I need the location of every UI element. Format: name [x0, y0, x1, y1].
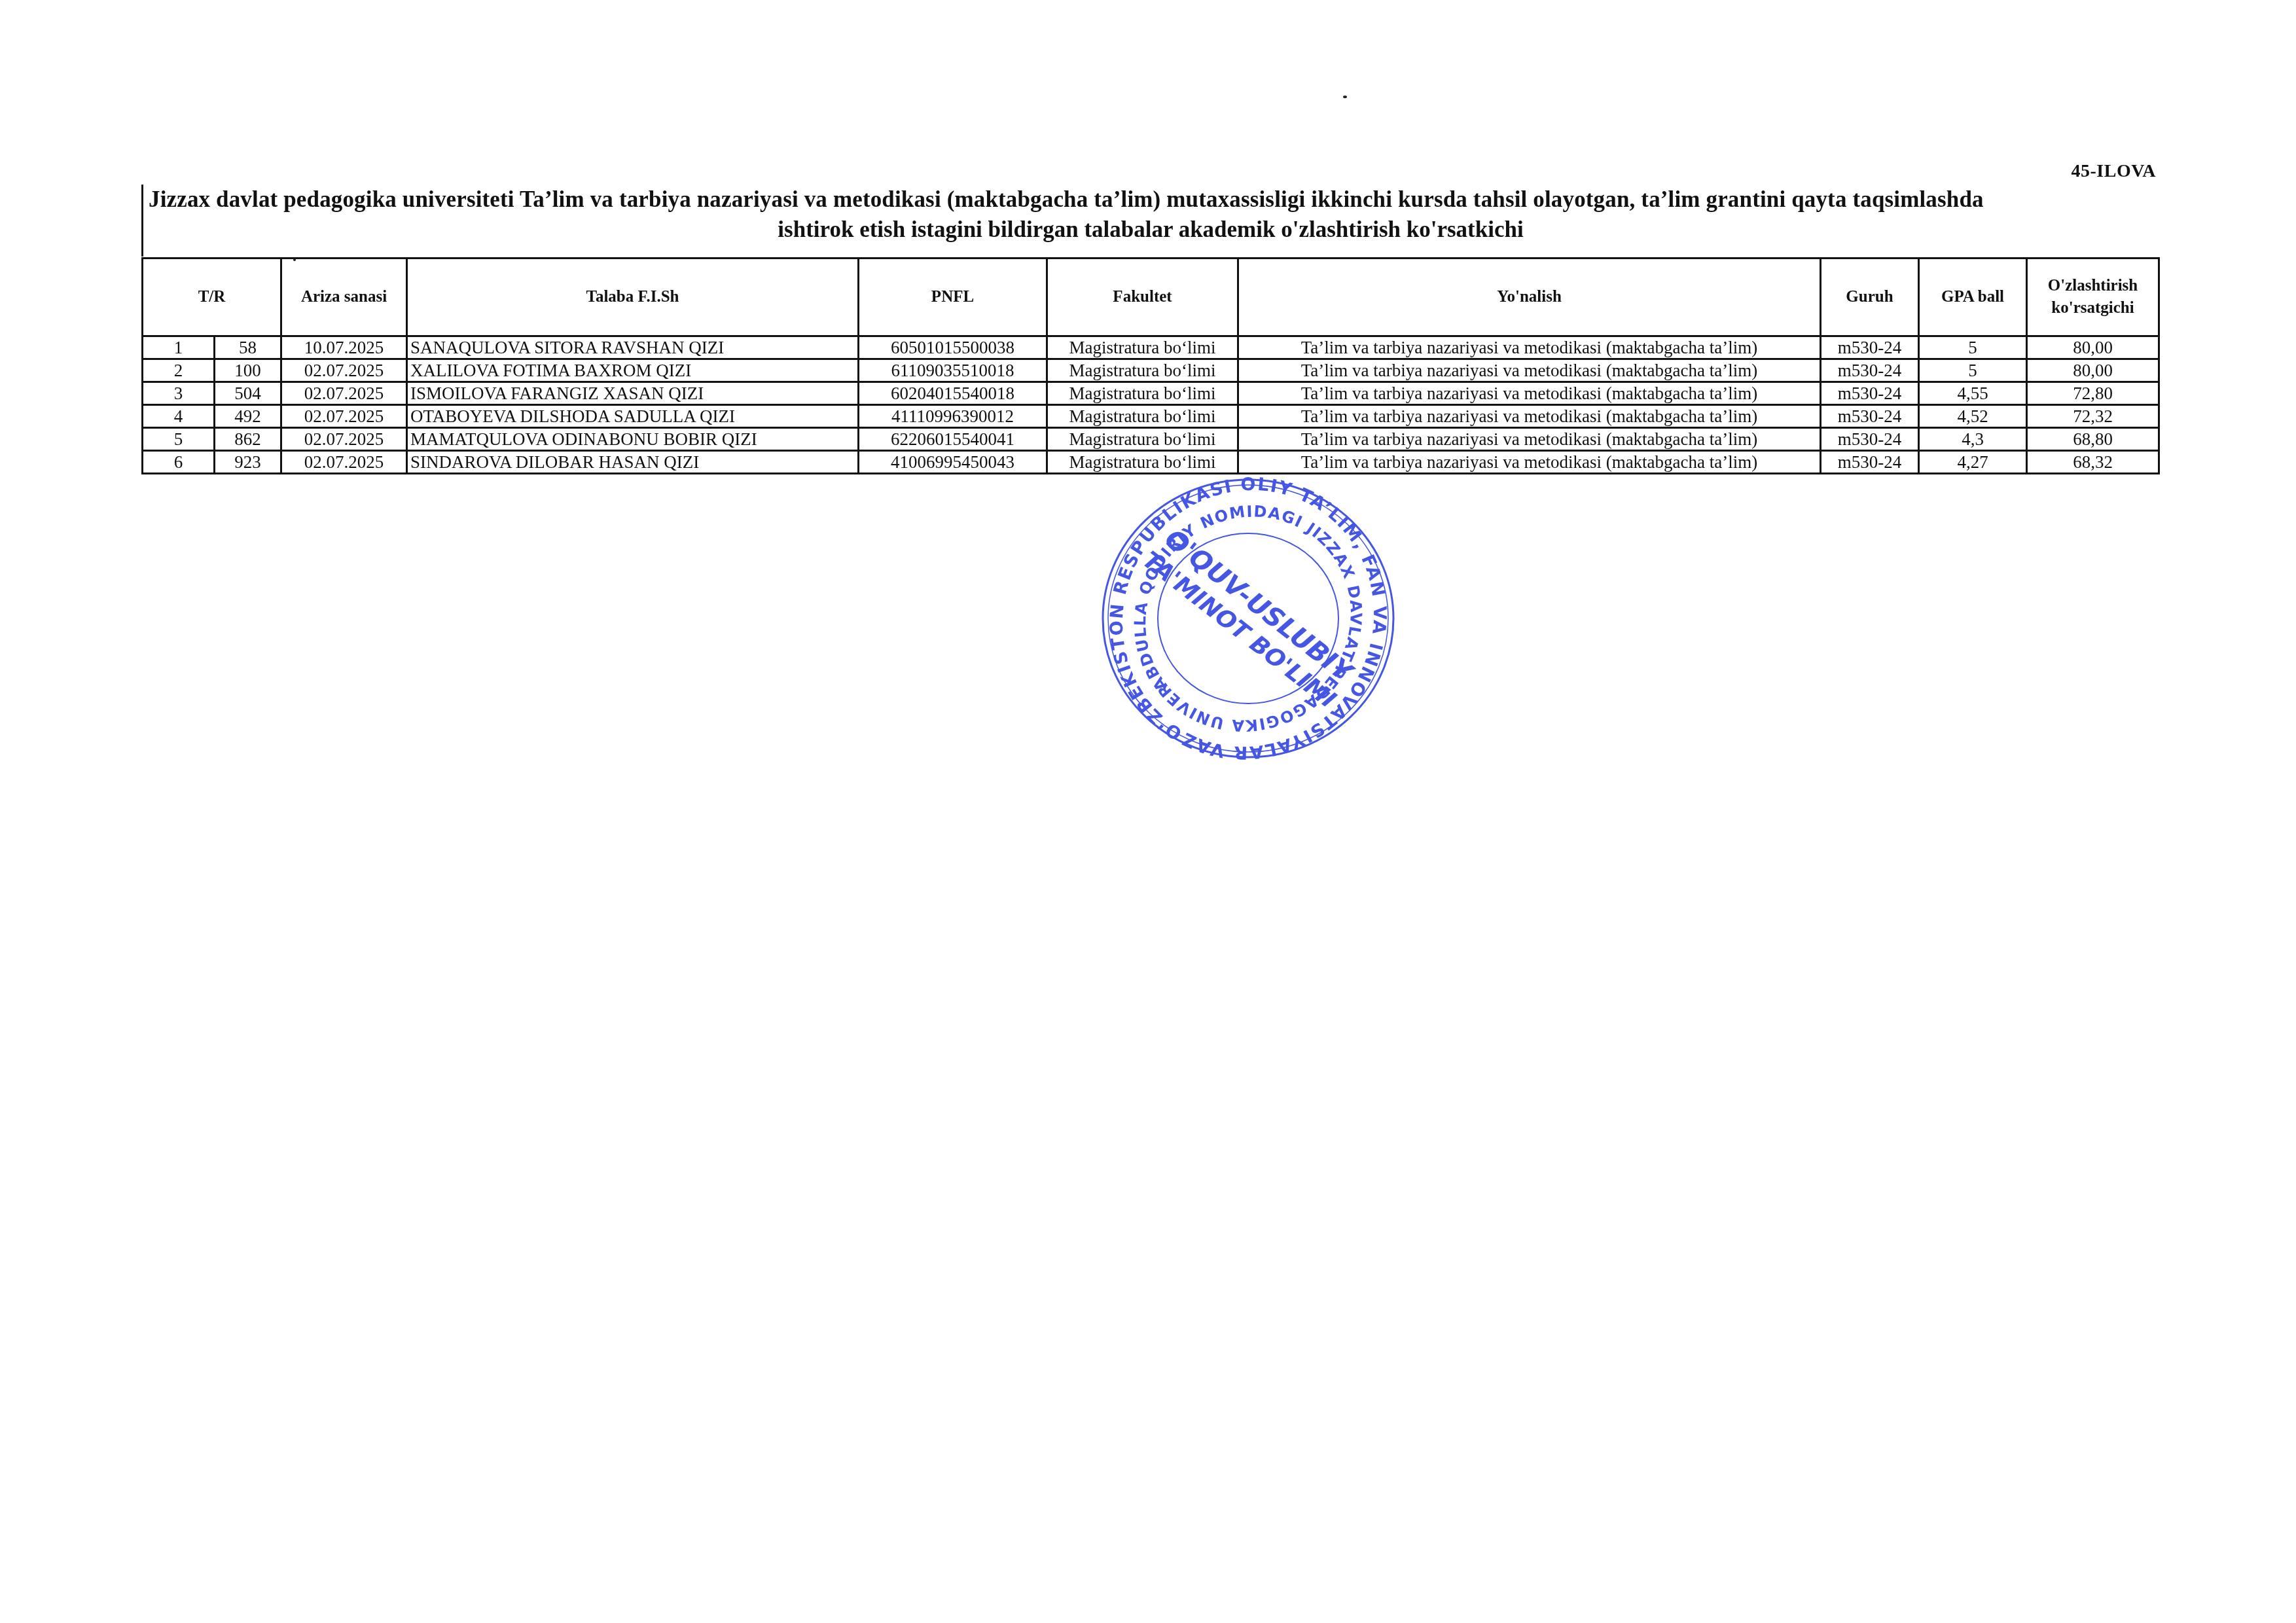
- cell-mastery: 80,00: [2027, 359, 2159, 382]
- table-body: 15810.07.2025SANAQULOVA SITORA RAVSHAN Q…: [143, 336, 2159, 474]
- official-stamp: O‘ZBEKISTON RESPUBLIKASI OLIY TA’LIM, FA…: [1094, 474, 1402, 762]
- cell-group: m530-24: [1821, 382, 1919, 405]
- cell-student-name: ISMOILOVA FARANGIZ XASAN QIZI: [407, 382, 859, 405]
- cell-mastery: 68,32: [2027, 451, 2159, 474]
- stamp-outer-text: O‘ZBEKISTON RESPUBLIKASI OLIY TA’LIM, FA…: [1094, 474, 1402, 762]
- cell-gpa: 4,27: [1919, 451, 2027, 474]
- cell-mastery: 68,80: [2027, 428, 2159, 451]
- cell-direction: Ta’lim va tarbiya nazariyasi va metodika…: [1238, 382, 1821, 405]
- cell-student-name: XALILOVA FOTIMA BAXROM QIZI: [407, 359, 859, 382]
- cell-row-number: 6: [143, 451, 215, 474]
- cell-pnfl: 41110996390012: [859, 405, 1047, 428]
- cell-faculty: Magistratura bo‘limi: [1047, 451, 1238, 474]
- cell-student-name: MAMATQULOVA ODINABONU BOBIR QIZI: [407, 428, 859, 451]
- stamp-center-line-2: TA'MINOT BO'LIMI: [1138, 546, 1341, 713]
- document-title: Jizzax davlat pedagogika universiteti Ta…: [141, 185, 2158, 257]
- header-gpa: GPA ball: [1919, 259, 2027, 336]
- title-line-1: Jizzax davlat pedagogika universiteti Ta…: [143, 185, 2158, 215]
- cell-gpa: 5: [1919, 336, 2027, 359]
- cell-mastery: 80,00: [2027, 336, 2159, 359]
- svg-text:ABDULLA QODIRIY NOMIDAGI JIZZA: ABDULLA QODIRIY NOMIDAGI JIZZAX DAVLAT P…: [1094, 474, 1402, 762]
- cell-row-number: 5: [143, 428, 215, 451]
- cell-gpa: 4,55: [1919, 382, 2027, 405]
- stamp-center-line-1: O'QUV-USLUBIY: [1159, 524, 1359, 689]
- header-mastery: O'zlashtirish ko'rsatgichi: [2027, 259, 2159, 336]
- cell-gpa: 4,52: [1919, 405, 2027, 428]
- cell-application-number: 504: [215, 382, 281, 405]
- header-direction: Yo'nalish: [1238, 259, 1821, 336]
- cell-gpa: 4,3: [1919, 428, 2027, 451]
- header-tr: T/R: [143, 259, 281, 336]
- cell-application-number: 862: [215, 428, 281, 451]
- cell-student-name: SANAQULOVA SITORA RAVSHAN QIZI: [407, 336, 859, 359]
- header-date: Ariza sanasi: [281, 259, 407, 336]
- table-row: 449202.07.2025OTABOYEVA DILSHODA SADULLA…: [143, 405, 2159, 428]
- cell-application-date: 02.07.2025: [281, 405, 407, 428]
- cell-pnfl: 41006995450043: [859, 451, 1047, 474]
- header-pnfl: PNFL: [859, 259, 1047, 336]
- stamp-inner-text: ABDULLA QODIRIY NOMIDAGI JIZZAX DAVLAT P…: [1094, 474, 1402, 762]
- appendix-label: 45-ILOVA: [2071, 161, 2156, 182]
- table-header-row: T/R Ariza sanasi Talaba F.I.Sh PNFL Faku…: [143, 259, 2159, 336]
- cell-group: m530-24: [1821, 451, 1919, 474]
- cell-direction: Ta’lim va tarbiya nazariyasi va metodika…: [1238, 405, 1821, 428]
- cell-pnfl: 60204015540018: [859, 382, 1047, 405]
- cell-application-date: 02.07.2025: [281, 382, 407, 405]
- cell-row-number: 1: [143, 336, 215, 359]
- cell-application-date: 02.07.2025: [281, 359, 407, 382]
- table-row: 692302.07.2025SINDAROVA DILOBAR HASAN QI…: [143, 451, 2159, 474]
- cell-application-number: 100: [215, 359, 281, 382]
- cell-faculty: Magistratura bo‘limi: [1047, 359, 1238, 382]
- cell-row-number: 3: [143, 382, 215, 405]
- cell-group: m530-24: [1821, 405, 1919, 428]
- header-mastery-line-1: O'zlashtirish: [2048, 277, 2138, 294]
- cell-application-number: 492: [215, 405, 281, 428]
- cell-direction: Ta’lim va tarbiya nazariyasi va metodika…: [1238, 428, 1821, 451]
- cell-faculty: Magistratura bo‘limi: [1047, 336, 1238, 359]
- cell-group: m530-24: [1821, 336, 1919, 359]
- svg-text:O‘ZBEKISTON RESPUBLIKASI OLIY: O‘ZBEKISTON RESPUBLIKASI OLIY TA’LIM, FA…: [1094, 474, 1402, 762]
- table-row: 586202.07.2025MAMATQULOVA ODINABONU BOBI…: [143, 428, 2159, 451]
- cell-gpa: 5: [1919, 359, 2027, 382]
- table-row: 15810.07.2025SANAQULOVA SITORA RAVSHAN Q…: [143, 336, 2159, 359]
- title-line-2: ishtirok etish istagini bildirgan talaba…: [143, 215, 2158, 245]
- cell-row-number: 4: [143, 405, 215, 428]
- cell-mastery: 72,32: [2027, 405, 2159, 428]
- cell-direction: Ta’lim va tarbiya nazariyasi va metodika…: [1238, 451, 1821, 474]
- header-faculty: Fakultet: [1047, 259, 1238, 336]
- scan-speck: [293, 259, 296, 261]
- scan-speck: [1343, 96, 1347, 98]
- cell-application-date: 02.07.2025: [281, 451, 407, 474]
- cell-faculty: Magistratura bo‘limi: [1047, 405, 1238, 428]
- cell-application-date: 02.07.2025: [281, 428, 407, 451]
- cell-pnfl: 62206015540041: [859, 428, 1047, 451]
- table-row: 210002.07.2025XALILOVA FOTIMA BAXROM QIZ…: [143, 359, 2159, 382]
- students-table: T/R Ariza sanasi Talaba F.I.Sh PNFL Faku…: [141, 257, 2160, 474]
- cell-direction: Ta’lim va tarbiya nazariyasi va metodika…: [1238, 359, 1821, 382]
- header-name: Talaba F.I.Sh: [407, 259, 859, 336]
- cell-pnfl: 61109035510018: [859, 359, 1047, 382]
- cell-application-number: 923: [215, 451, 281, 474]
- cell-faculty: Magistratura bo‘limi: [1047, 428, 1238, 451]
- cell-application-date: 10.07.2025: [281, 336, 407, 359]
- table-row: 350402.07.2025ISMOILOVA FARANGIZ XASAN Q…: [143, 382, 2159, 405]
- cell-group: m530-24: [1821, 428, 1919, 451]
- cell-row-number: 2: [143, 359, 215, 382]
- cell-application-number: 58: [215, 336, 281, 359]
- cell-mastery: 72,80: [2027, 382, 2159, 405]
- cell-group: m530-24: [1821, 359, 1919, 382]
- header-group: Guruh: [1821, 259, 1919, 336]
- cell-direction: Ta’lim va tarbiya nazariyasi va metodika…: [1238, 336, 1821, 359]
- cell-faculty: Magistratura bo‘limi: [1047, 382, 1238, 405]
- cell-student-name: SINDAROVA DILOBAR HASAN QIZI: [407, 451, 859, 474]
- cell-pnfl: 60501015500038: [859, 336, 1047, 359]
- header-mastery-line-2: ko'rsatgichi: [2051, 299, 2134, 317]
- cell-student-name: OTABOYEVA DILSHODA SADULLA QIZI: [407, 405, 859, 428]
